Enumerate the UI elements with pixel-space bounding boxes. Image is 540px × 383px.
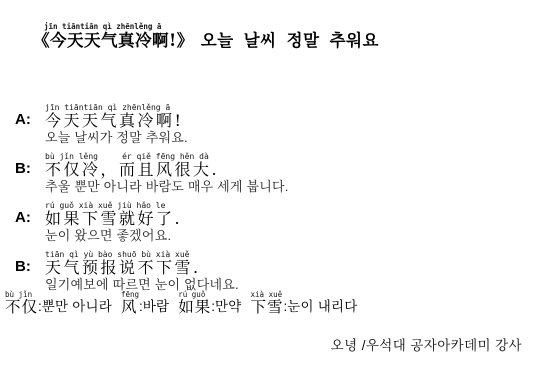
title-pinyin: jīn tiāntiān qì zhēnlěng ā — [44, 22, 379, 31]
lesson-title: jīn tiāntiān qì zhēnlěng ā 《今天天气真冷啊!》오늘 … — [33, 22, 379, 51]
vocab-entry: xià xuě 下雪 : 눈이 내리다 — [251, 291, 358, 316]
line-chinese: 不仅冷，而且风很大. — [45, 161, 289, 179]
vocab-word: 风 — [121, 299, 139, 316]
dialog-line: B: bù jǐn lěng ér qiě fēng hěn dà 不仅冷，而且… — [15, 152, 289, 194]
vocab-word: 不仅 — [5, 299, 38, 316]
dialog-line: B: tiān qì yù bào shuō bù xià xuě 天气预报说不… — [15, 250, 289, 292]
vocab-meaning: 뿐만 아니라 — [42, 299, 112, 316]
line-korean: 일기예보에 따르면 눈이 없다네요. — [45, 277, 239, 292]
dialog-line: A: jīn tiāntiān qì zhēnlěng ā 今天天气真冷啊! 오… — [15, 103, 289, 145]
vocab-entry: fēng 风 : 바람 — [121, 291, 169, 316]
line-korean: 오늘 날씨가 정말 추워요. — [45, 130, 188, 145]
speaker-label: A: — [15, 103, 45, 128]
dialog-line-content: jīn tiāntiān qì zhēnlěng ā 今天天气真冷啊! 오늘 날… — [45, 103, 188, 145]
speaker-label: B: — [15, 250, 45, 275]
line-korean: 추울 뿐만 아니라 바람도 매우 세게 붑니다. — [45, 179, 289, 194]
dialog-line: A: rú guǒ xià xuě jiù hǎo le 如果下雪就好了. 눈이… — [15, 201, 289, 243]
line-korean: 눈이 왔으면 좋겠어요. — [45, 228, 182, 243]
vocab-word-block: rú guǒ 如果 — [178, 291, 211, 316]
vocab-word: 如果 — [178, 299, 211, 316]
vocab-entry: rú guǒ 如果 : 만약 — [178, 291, 241, 316]
dialog: A: jīn tiāntiān qì zhēnlěng ā 今天天气真冷啊! 오… — [15, 103, 289, 299]
title-main: 《今天天气真冷啊!》오늘 날씨 정말 추워요 — [33, 31, 379, 51]
author-credit: 오녕 /우석대 공자아카데미 강사 — [331, 334, 522, 354]
vocab-word-block: fēng 风 — [121, 291, 139, 316]
vocab-word-block: bù jǐn 不仅 — [5, 291, 38, 316]
vocab-entry: bù jǐn 不仅 : 뿐만 아니라 — [5, 291, 112, 316]
vocabulary-line: bù jǐn 不仅 : 뿐만 아니라 fēng 风 : 바람 rú guǒ 如果… — [5, 291, 366, 316]
vocab-meaning: 눈이 내리다 — [287, 299, 357, 316]
vocab-meaning: 바람 — [143, 299, 169, 316]
dialog-line-content: tiān qì yù bào shuō bù xià xuě 天气预报说不下雪.… — [45, 250, 239, 292]
dialog-line-content: rú guǒ xià xuě jiù hǎo le 如果下雪就好了. 눈이 왔으… — [45, 201, 182, 243]
line-chinese: 如果下雪就好了. — [45, 210, 182, 228]
title-korean: 오늘 날씨 정말 추워요 — [201, 32, 379, 50]
vocab-word-block: xià xuě 下雪 — [251, 291, 284, 316]
vocab-word: 下雪 — [251, 299, 284, 316]
vocab-meaning: 만약 — [215, 299, 241, 316]
speaker-label: B: — [15, 152, 45, 177]
line-chinese: 今天天气真冷啊! — [45, 112, 188, 130]
speaker-label: A: — [15, 201, 45, 226]
dialog-line-content: bù jǐn lěng ér qiě fēng hěn dà 不仅冷，而且风很大… — [45, 152, 289, 194]
line-chinese: 天气预报说不下雪. — [45, 259, 239, 277]
title-chinese: 《今天天气真冷啊!》 — [33, 31, 194, 50]
